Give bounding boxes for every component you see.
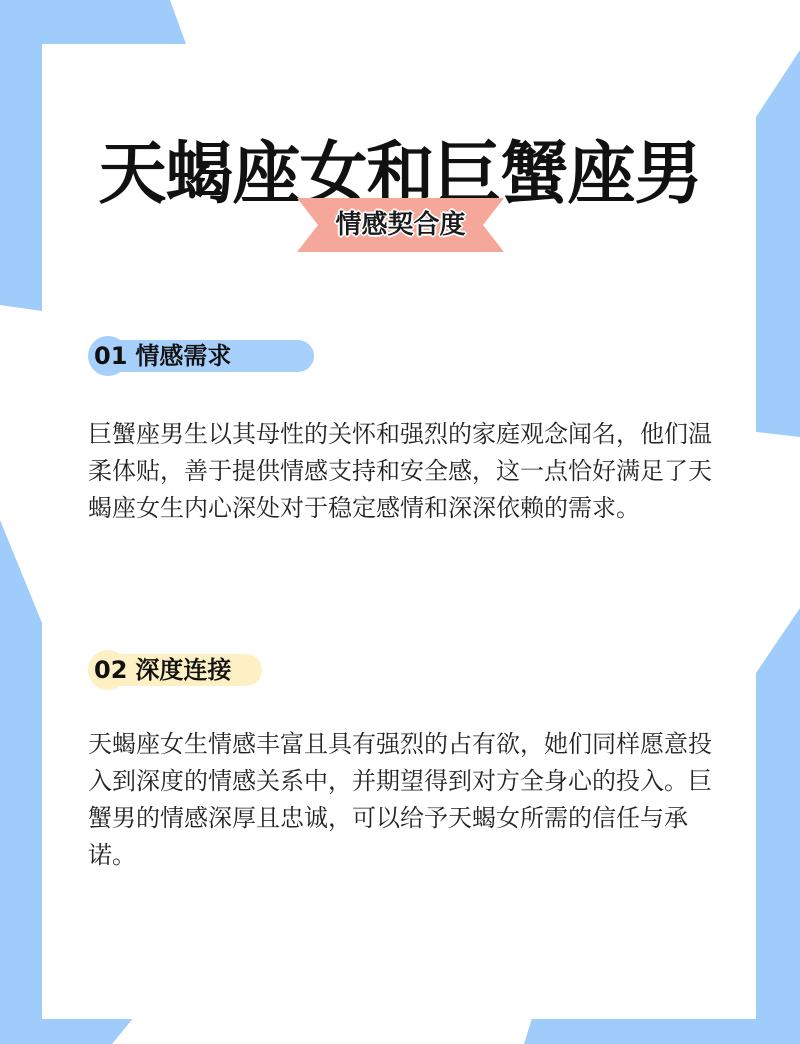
section-header-emotional-needs: 01情感需求 [88,336,314,376]
section-body-emotional-needs: 巨蟹座男生以其母性的关怀和强烈的家庭观念闻名，他们温柔体贴，善于提供情感支持和安… [88,416,728,527]
subtitle-text: 情感契合度 [297,198,504,252]
section-number: 02 [94,656,127,684]
section-header-deep-connection: 02深度连接 [88,650,262,690]
section-number: 01 [94,342,127,370]
section-heading: 情感需求 [135,342,231,370]
section-label: 02深度连接 [94,650,231,690]
section-label: 01情感需求 [94,336,231,376]
section-body-deep-connection: 天蝎座女生情感丰富且具有强烈的占有欲，她们同样愿意投入到深度的情感关系中，并期望… [88,726,728,874]
subtitle-ribbon: 情感契合度 [297,198,504,252]
section-heading: 深度连接 [135,656,231,684]
